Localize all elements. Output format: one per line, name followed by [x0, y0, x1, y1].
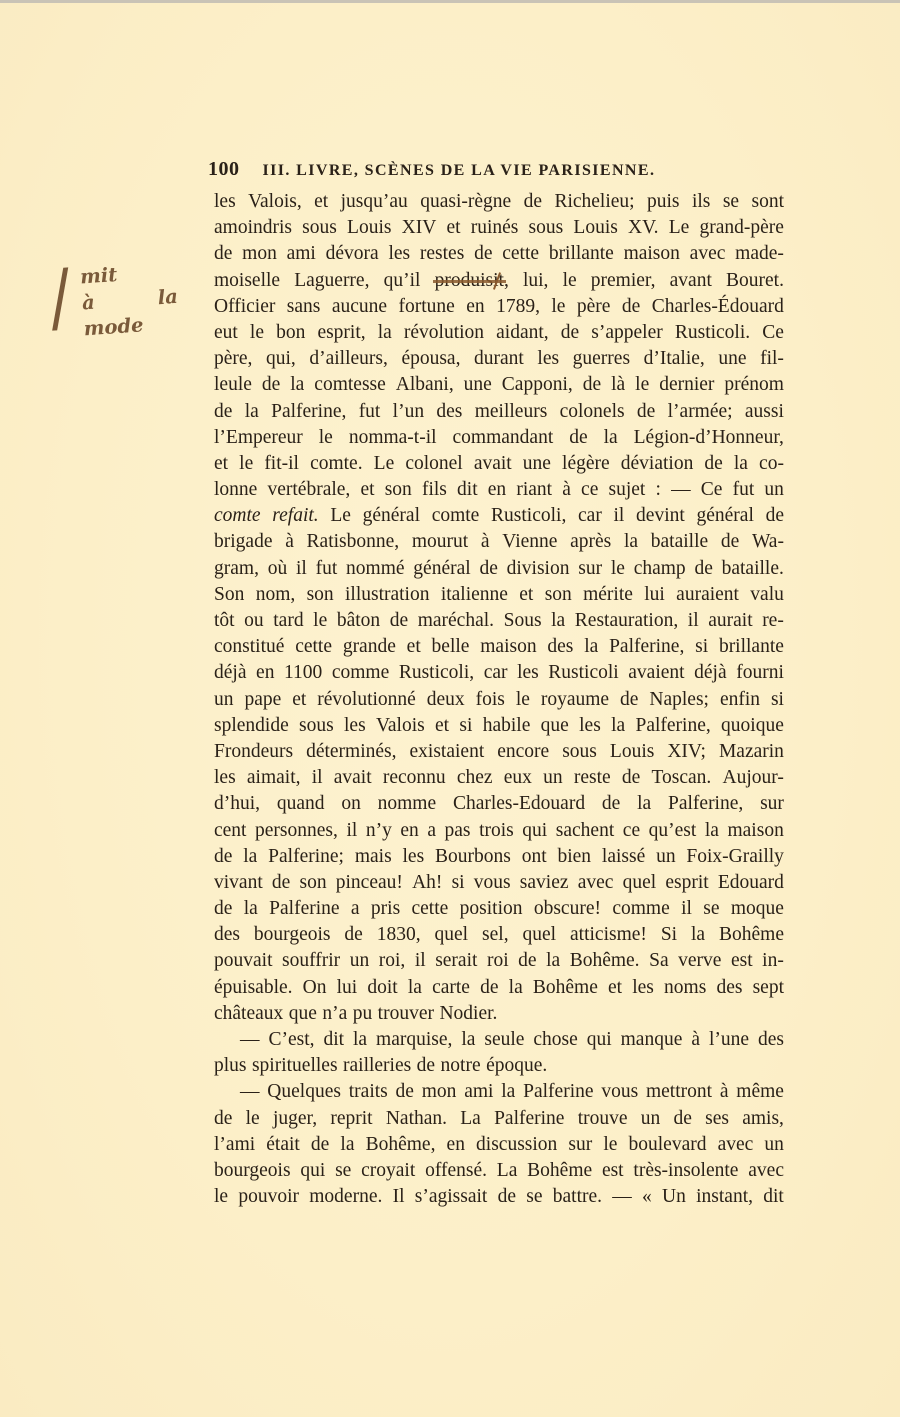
word: seule	[484, 1027, 524, 1053]
word: la	[461, 1027, 475, 1053]
word: XIV;	[667, 739, 706, 765]
word: reconnu	[383, 765, 446, 791]
word: tard	[273, 608, 303, 634]
word: Naples;	[649, 687, 709, 713]
word: enfin	[720, 687, 760, 713]
word: fois	[476, 687, 505, 713]
text-line: splendidesouslesValoisetsihabilequelesla…	[214, 713, 784, 739]
text-line: brigadeàRatisbonne,mourutàVienneaprèslab…	[214, 529, 784, 555]
word: dit	[763, 1184, 784, 1210]
word: quoique	[721, 713, 784, 739]
word: comte	[432, 503, 480, 529]
word: qu’il	[384, 268, 421, 294]
text-line: lesValois,etjusqu’auquasi-règnedeRicheli…	[214, 189, 784, 215]
word: la	[509, 975, 523, 1001]
word: bâton	[337, 608, 380, 634]
word: battre.	[553, 1184, 602, 1210]
word: d’hui,	[214, 791, 260, 817]
word: père	[577, 294, 611, 320]
word: Toscan.	[651, 765, 711, 791]
word: a	[427, 818, 436, 844]
word: maison	[727, 818, 783, 844]
word: en	[256, 660, 274, 686]
word: ils	[692, 189, 710, 215]
word: bon	[276, 320, 305, 346]
text-line: amoindrissousLouisXIVetruinéssousLouisXV…	[214, 215, 784, 241]
word: une	[464, 372, 492, 398]
word: maréchal.	[418, 608, 494, 634]
word: et	[314, 189, 328, 215]
word: avaient	[628, 660, 684, 686]
word: la	[624, 529, 638, 555]
word: jusqu’au	[341, 189, 408, 215]
word: les	[517, 660, 539, 686]
word: après	[570, 529, 611, 555]
word: comme	[332, 660, 389, 686]
word: fut	[733, 477, 755, 503]
word: Bohême	[527, 1158, 592, 1184]
word: grand-père	[699, 215, 783, 241]
word: avec	[690, 241, 726, 267]
word: ami	[287, 241, 316, 267]
word: la	[734, 451, 748, 477]
word: que	[541, 713, 569, 739]
word: avec	[718, 1132, 754, 1158]
word: la	[290, 372, 304, 398]
word: comtesse	[314, 372, 385, 398]
word: auraient	[676, 582, 739, 608]
word: la	[353, 1027, 367, 1053]
word: bourgeois	[214, 1158, 291, 1184]
word: Wa-	[752, 529, 784, 555]
word: il	[681, 896, 692, 922]
text-line: delaPalferineapriscettepositionobscure!c…	[214, 896, 784, 922]
word: sujet	[609, 477, 646, 503]
text-line: bourgeoisquisecroyaitoffensé.LaBohêmeest…	[214, 1158, 784, 1184]
text-line: delejuger,repritNathan.LaPalferinetrouve…	[214, 1106, 784, 1132]
word: que	[289, 1001, 317, 1027]
word: —	[240, 1027, 260, 1053]
word: croyait	[361, 1158, 415, 1184]
word: reprit	[330, 1106, 372, 1132]
scan-top-edge	[0, 0, 900, 3]
word: de	[214, 399, 232, 425]
word: général	[696, 503, 753, 529]
word: de	[569, 425, 587, 451]
word: se	[703, 896, 719, 922]
word: Le	[669, 215, 690, 241]
word: si	[771, 687, 784, 713]
word: fortune	[398, 294, 454, 320]
word: son	[300, 870, 327, 896]
word: in-	[762, 948, 784, 974]
word: Rusticoli.	[675, 320, 750, 346]
word: reste	[574, 765, 611, 791]
word: le	[214, 1184, 228, 1210]
word: sont	[751, 189, 784, 215]
word: le	[319, 425, 333, 451]
word: s’agissait	[415, 1184, 488, 1210]
text-line: pouvaitsouffrirunroi,ilseraitroidelaBohê…	[214, 948, 784, 974]
word: brillante	[549, 241, 614, 267]
text-line: constituécettegrandeetbellemaisondeslaPa…	[214, 634, 784, 660]
word: Louis	[573, 215, 617, 241]
word: Albani,	[396, 372, 454, 398]
word: 1830,	[377, 922, 421, 948]
word: aurait	[708, 608, 752, 634]
word: avec	[748, 1158, 784, 1184]
word: quel	[523, 922, 557, 948]
word: à	[285, 529, 294, 555]
word: co-	[759, 451, 784, 477]
text-line: eutlebonesprit,larévolutionaidant,des’ap…	[214, 320, 784, 346]
word: esprit,	[317, 320, 365, 346]
word: les	[632, 975, 654, 1001]
word: un	[350, 948, 370, 974]
word: de	[673, 1106, 691, 1132]
word: Nodier.	[439, 1001, 497, 1027]
word: ce	[623, 818, 640, 844]
word: notre	[441, 1053, 481, 1079]
word: avait	[474, 451, 512, 477]
word: de	[311, 1132, 329, 1158]
word: cette	[502, 241, 539, 267]
text-line: vivantdesonpinceau!Ah!sivoussaviezavecqu…	[214, 870, 784, 896]
running-title: III. LIVRE, SCÈNES DE LA VIE PARISIENNE.	[263, 162, 656, 179]
word: maison	[480, 634, 536, 660]
word: Palferine	[269, 896, 339, 922]
word: se	[723, 189, 739, 215]
page-number: 100	[208, 158, 240, 180]
word: Bohême	[533, 975, 598, 1001]
word: ce	[581, 477, 598, 503]
word: mais	[355, 844, 392, 870]
word: en	[488, 477, 506, 503]
word: prénom	[724, 372, 784, 398]
word: la	[501, 1079, 515, 1105]
word: made-	[735, 241, 784, 267]
word: fil-	[760, 346, 784, 372]
word: fils	[422, 477, 447, 503]
word: révolution	[404, 320, 484, 346]
word: Foix-Grailly	[686, 844, 784, 870]
word: sans	[287, 294, 321, 320]
word: avait	[334, 765, 372, 791]
word: champ	[634, 556, 686, 582]
word: il	[688, 608, 699, 634]
word: bien	[557, 844, 591, 870]
italic-word: refait.	[272, 503, 318, 529]
word: serait	[435, 948, 477, 974]
text-line: gram,oùilfutnommégénéraldedivisionsurlec…	[214, 556, 784, 582]
word: brillante	[719, 634, 784, 660]
word: très-insolente	[633, 1158, 738, 1184]
text-line: —QuelquestraitsdemonamilaPalferinevousme…	[214, 1079, 784, 1105]
word: en	[447, 1132, 465, 1158]
word: les	[388, 241, 410, 267]
word: trouve	[578, 1106, 628, 1132]
word: colonels	[560, 399, 625, 425]
word: encore	[497, 739, 549, 765]
word: est	[731, 948, 753, 974]
word: à	[691, 1027, 700, 1053]
word: si	[695, 634, 708, 660]
word: Nathan.	[386, 1106, 447, 1132]
book-page: mit à la mode 100 III. LIVRE, SCÈNES DE …	[0, 0, 900, 1417]
word: des	[716, 975, 742, 1001]
word: On	[303, 975, 327, 1001]
word: nom,	[256, 582, 296, 608]
word: son	[545, 582, 572, 608]
word: et	[519, 582, 533, 608]
word: Laguerre,	[294, 268, 369, 294]
word: comte.	[310, 451, 363, 477]
word: cent	[214, 818, 246, 844]
word: l’armée;	[668, 399, 733, 425]
word: ou	[244, 608, 264, 634]
word: il	[312, 765, 323, 791]
text-line: l’amiétaitdelaBohême,endiscussionsurlebo…	[214, 1132, 784, 1158]
word: Frondeurs	[214, 739, 293, 765]
text-line: tôtoutardlebâtondemaréchal.SouslaRestaur…	[214, 608, 784, 634]
word: de	[583, 372, 601, 398]
word: re-	[762, 608, 784, 634]
word: ruinés	[471, 215, 519, 241]
word: vivant	[214, 870, 263, 896]
word: aucune	[332, 294, 387, 320]
word: sur	[568, 1132, 592, 1158]
word: le	[603, 1132, 617, 1158]
text-line: centpersonnes,iln’yenapastroisquisachent…	[214, 818, 784, 844]
word: pouvoir	[238, 1184, 299, 1210]
word: Valois	[376, 713, 425, 739]
word: des	[436, 399, 462, 425]
body-text: lesValois,etjusqu’auquasi-règnedeRicheli…	[214, 189, 784, 1210]
word: personnes,	[255, 818, 338, 844]
word: déjà	[694, 660, 726, 686]
word: eux	[504, 765, 532, 791]
word: sous	[562, 739, 597, 765]
word: car	[578, 503, 602, 529]
word: avant	[670, 268, 712, 294]
word: déviation	[621, 451, 694, 477]
word: trois	[479, 818, 514, 844]
word: Rusticoli,	[491, 503, 566, 529]
word: de	[214, 241, 232, 267]
word: valu	[750, 582, 784, 608]
word: devint	[636, 503, 685, 529]
word: Bohême	[719, 922, 784, 948]
word: son	[307, 582, 334, 608]
word: son	[385, 477, 412, 503]
word: à	[562, 477, 571, 503]
word: manque	[621, 1027, 683, 1053]
word: La	[460, 1106, 481, 1132]
word: Légion-d’Honneur,	[634, 425, 784, 451]
word: chez	[457, 765, 493, 791]
word: de	[721, 529, 739, 555]
word: meilleurs	[475, 399, 548, 425]
word: de	[417, 1053, 435, 1079]
word: et	[407, 634, 421, 660]
word: dévora	[326, 241, 379, 267]
word: commandant	[453, 425, 554, 451]
word: des	[547, 634, 573, 660]
word: se	[335, 1158, 351, 1184]
text-line: plusspirituellesrailleriesdenotreépoque.	[214, 1053, 784, 1079]
word: pu	[353, 1001, 373, 1027]
word: les	[214, 765, 236, 791]
word: mon	[422, 1079, 457, 1105]
word: ses	[705, 1106, 729, 1132]
word: puis	[647, 189, 680, 215]
word: l’une	[709, 1027, 749, 1053]
word: la	[691, 922, 705, 948]
word: dit	[457, 477, 478, 503]
word: il	[614, 503, 625, 529]
word: Bohême,	[366, 1132, 436, 1158]
word: de	[214, 844, 232, 870]
word: Sa	[649, 948, 669, 974]
word: la	[378, 320, 392, 346]
word: la	[408, 975, 422, 1001]
word: sous	[529, 215, 564, 241]
word: qu’est	[649, 818, 697, 844]
word: —	[671, 477, 691, 503]
word: le	[313, 608, 327, 634]
word: les	[403, 844, 425, 870]
word: quasi-règne	[420, 189, 511, 215]
word: là	[611, 372, 625, 398]
word: Capponi,	[502, 372, 573, 398]
word: carte	[432, 975, 470, 1001]
word: Officier	[214, 294, 275, 320]
word: Palferine,	[668, 791, 743, 817]
word: pape	[244, 687, 281, 713]
word: des	[758, 1027, 784, 1053]
word: lui	[644, 582, 665, 608]
text-line: unpapeetrévolutionnédeuxfoisleroyaumedeN…	[214, 687, 784, 713]
word: habile	[483, 713, 531, 739]
word: de	[602, 791, 620, 817]
word: Rusticoli	[548, 660, 618, 686]
word: qui	[300, 1158, 325, 1184]
word: leule	[214, 372, 252, 398]
word: verve	[678, 948, 721, 974]
word: quand	[277, 791, 325, 817]
word: qui,	[266, 346, 296, 372]
word: sur	[760, 791, 784, 817]
word: et	[608, 975, 622, 1001]
word: et	[292, 687, 306, 713]
word: mettront	[646, 1079, 712, 1105]
word: sept	[753, 975, 784, 1001]
word: si	[452, 870, 465, 896]
word: chose	[533, 1027, 577, 1053]
word: de	[622, 765, 640, 791]
word: de	[396, 1079, 414, 1105]
word: un	[656, 844, 676, 870]
word: de	[704, 451, 722, 477]
text-line: desbourgeoisde1830,quelsel,quelatticisme…	[214, 922, 784, 948]
word: lonne	[214, 477, 257, 503]
word: la	[604, 425, 618, 451]
word: position	[460, 896, 523, 922]
word: de	[479, 556, 497, 582]
word: division	[507, 556, 570, 582]
running-header: 100 III. LIVRE, SCÈNES DE LA VIE PARISIE…	[208, 158, 788, 181]
word: Un	[662, 1184, 686, 1210]
word: de	[524, 189, 542, 215]
word: bourgeois	[254, 922, 331, 948]
word: déterminés,	[306, 739, 396, 765]
word: durant	[474, 346, 524, 372]
word: le	[516, 687, 530, 713]
word: Palferine	[494, 1106, 564, 1132]
word: de	[622, 294, 640, 320]
text-line: épuisable.OnluidoitlacartedelaBohêmeetle…	[214, 975, 784, 1001]
word: père,	[214, 346, 252, 372]
word: railleries	[343, 1053, 411, 1079]
word: en	[466, 294, 484, 320]
word: existaient	[410, 739, 485, 765]
word: quel	[623, 870, 657, 896]
word: Le	[330, 503, 351, 529]
word: où	[268, 556, 288, 582]
text-line: lonnevertébrale,etsonfilsditenriantàcesu…	[214, 477, 784, 503]
word: il	[296, 556, 307, 582]
word: mon	[242, 241, 277, 267]
word: mérite	[583, 582, 633, 608]
word: fut	[359, 399, 381, 425]
word: la	[340, 1132, 354, 1158]
word: Palferine,	[635, 713, 710, 739]
word: la	[637, 791, 651, 817]
word: juger,	[273, 1106, 317, 1132]
word: roi,	[379, 948, 406, 974]
word: offensé.	[425, 1158, 487, 1184]
word: Aujour-	[723, 765, 784, 791]
word: riant	[516, 477, 552, 503]
word: de	[390, 608, 408, 634]
word: Le	[374, 451, 395, 477]
word: les	[214, 189, 236, 215]
word: cette	[295, 634, 332, 660]
word: même	[736, 1079, 784, 1105]
word: saviez	[520, 870, 569, 896]
word: époque.	[486, 1053, 547, 1079]
word: à	[720, 1079, 729, 1105]
text-line: l’Empereurlenomma-t-ilcommandantdelaLégi…	[214, 425, 784, 451]
word: tôt	[214, 608, 235, 634]
word: Charles-Edouard	[453, 791, 585, 817]
text-line: etlefit-ilcomte.Lecolonelavaitunelégèred…	[214, 451, 784, 477]
word: il	[346, 818, 357, 844]
word: royaume	[541, 687, 609, 713]
word: mourut	[412, 529, 468, 555]
word: esprit	[665, 870, 708, 896]
text-line: déjàen1100commeRusticoli,carlesRusticoli…	[214, 660, 784, 686]
word: cette	[412, 896, 449, 922]
word: Bouret.	[726, 268, 784, 294]
word: de	[498, 1184, 516, 1210]
word: de	[214, 896, 232, 922]
word: le	[611, 556, 625, 582]
word: eut	[214, 320, 238, 346]
word: le	[250, 320, 264, 346]
word: doit	[367, 975, 397, 1001]
word: de	[474, 241, 492, 267]
